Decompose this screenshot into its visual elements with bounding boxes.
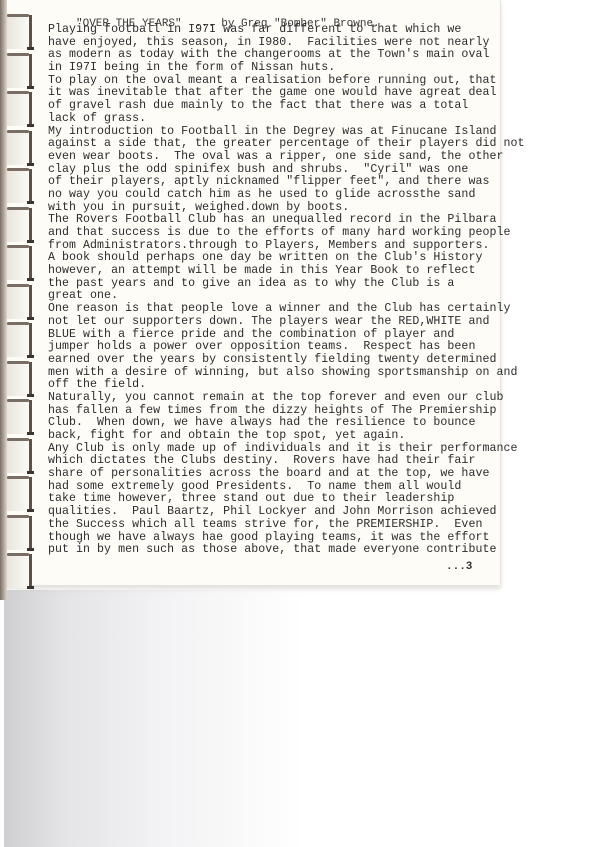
article-body: Playing football in I97I was far differe…	[48, 24, 508, 557]
text-line: not let our supporters down. The players…	[48, 316, 508, 329]
text-line: no way you could catch him as he used to…	[48, 189, 508, 202]
text-line: of gravel rash due mainly to the fact th…	[48, 100, 508, 113]
binding-ring	[7, 361, 34, 399]
binding-ring	[7, 284, 34, 322]
text-line: against a side that, the greater percent…	[48, 138, 508, 151]
binding-ring	[7, 130, 34, 168]
text-line: put in by men such as those above, that …	[48, 544, 508, 557]
text-line: One reason is that people love a winner …	[48, 303, 508, 316]
binding-spine	[0, 0, 7, 600]
text-line: back, fight for and obtain the top spot,…	[48, 430, 508, 443]
binding-ring	[7, 207, 34, 245]
binding-ring	[7, 53, 34, 91]
text-line: jumper holds a power over opposition tea…	[48, 341, 508, 354]
text-line: qualities. Paul Baartz, Phil Lockyer and…	[48, 506, 508, 519]
text-line: lack of grass.	[48, 113, 508, 126]
page-shadow	[4, 590, 616, 847]
text-line: however, an attempt will be made in this…	[48, 265, 508, 278]
text-line: earned over the years by consistently fi…	[48, 354, 508, 367]
binding-ring	[7, 553, 34, 591]
binding-ring	[7, 399, 34, 437]
binding-ring	[7, 438, 34, 476]
text-line: Playing football in I97I was far differe…	[48, 24, 508, 37]
text-line: even wear boots. The oval was a ripper, …	[48, 151, 508, 164]
binding-ring	[7, 245, 34, 283]
binding-ring	[7, 515, 34, 553]
binding-ring	[7, 91, 34, 129]
binding-ring	[7, 168, 34, 206]
text-line: share of personalities across the board …	[48, 468, 508, 481]
text-line: Naturally, you cannot remain at the top …	[48, 392, 508, 405]
text-line: the Success which all teams strive for, …	[48, 519, 508, 532]
binding-ring	[7, 14, 34, 52]
text-line: in I97I being in the form of Nissan huts…	[48, 62, 508, 75]
text-line: and that success is due to the efforts o…	[48, 227, 508, 240]
page-continuation-marker: ...3	[446, 561, 472, 573]
binding-ring	[7, 322, 34, 360]
binding-ring	[7, 476, 34, 514]
